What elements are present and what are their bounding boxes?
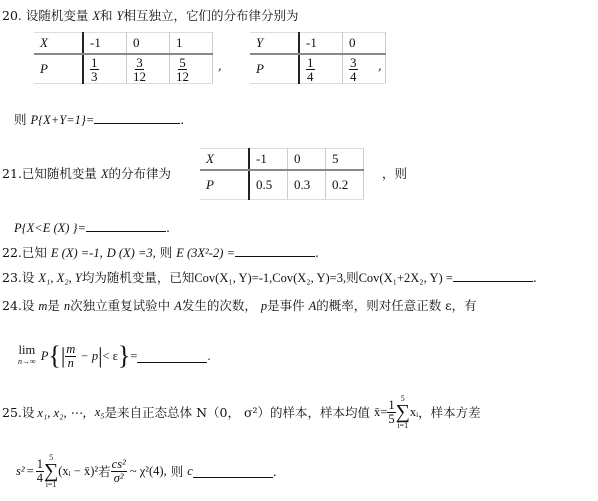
fraction: 512 <box>176 56 189 83</box>
q24-stem: 24.设 m是 n次独立重复试验中 A发生的次数， p是事件 A的概率，则对任意… <box>2 296 477 314</box>
question-number: 20. <box>2 8 22 23</box>
fraction: mn <box>65 343 76 370</box>
fraction: 34 <box>349 56 358 83</box>
fraction: 312 <box>133 56 146 83</box>
q21-stem: 21.已知随机变量 X的分布律为 <box>2 164 171 182</box>
fraction: 13 <box>90 56 99 83</box>
q21-question: P{X<E (X) }=. <box>14 219 170 236</box>
summation: 5∑i=1 <box>396 394 410 430</box>
answer-blank[interactable] <box>86 219 166 232</box>
fraction: 15 <box>387 399 395 426</box>
question-number: 23. <box>2 270 22 285</box>
q25-formula: s² = 14 5∑i=1 (xᵢ − x̄)² 若 cs²σ² ~ χ²(4)… <box>16 448 277 494</box>
question-number: 24. <box>2 298 22 313</box>
question-number: 21. <box>2 166 22 181</box>
fraction: cs²σ² <box>111 458 127 485</box>
q22: 22.已知 E (X) =-1, D (X) =3, 则 E (3X²-2) =… <box>2 243 319 261</box>
q23: 23.设 X₁, X₂, Y均为随机变量，已知Cov(X₁, Y)=-1,Cov… <box>2 268 537 286</box>
question-number: 22. <box>2 245 22 260</box>
q20-stem: 20. 设随机变量 X和 Y相互独立，它们的分布律分别为 <box>2 6 298 24</box>
question-number: 25. <box>2 405 22 420</box>
q20-table-x: X -1 0 1 P 13 312 512 <box>34 32 213 84</box>
q25-stem: 25.设 x₁, x₂, ⋯， x₅是来自正态总体 N（0， σ²）的样本，样本… <box>2 392 481 432</box>
q20-question: 则 P{X+Y=1}=. <box>14 110 184 128</box>
summation: 5∑i=1 <box>44 453 58 489</box>
fraction: 14 <box>36 458 44 485</box>
fraction: 14 <box>306 56 315 83</box>
answer-blank[interactable] <box>235 244 315 257</box>
q20-table-y: Y -1 0 P 14 34 <box>250 32 386 84</box>
answer-blank[interactable] <box>193 465 273 478</box>
answer-blank[interactable] <box>94 111 180 124</box>
answer-blank[interactable] <box>137 350 207 363</box>
q21-table: X -1 0 5 P 0.5 0.3 0.2 <box>200 148 364 200</box>
answer-blank[interactable] <box>453 269 533 282</box>
q24-formula: lim n→∞ P { | mn − p | < ε } = . <box>18 336 211 376</box>
